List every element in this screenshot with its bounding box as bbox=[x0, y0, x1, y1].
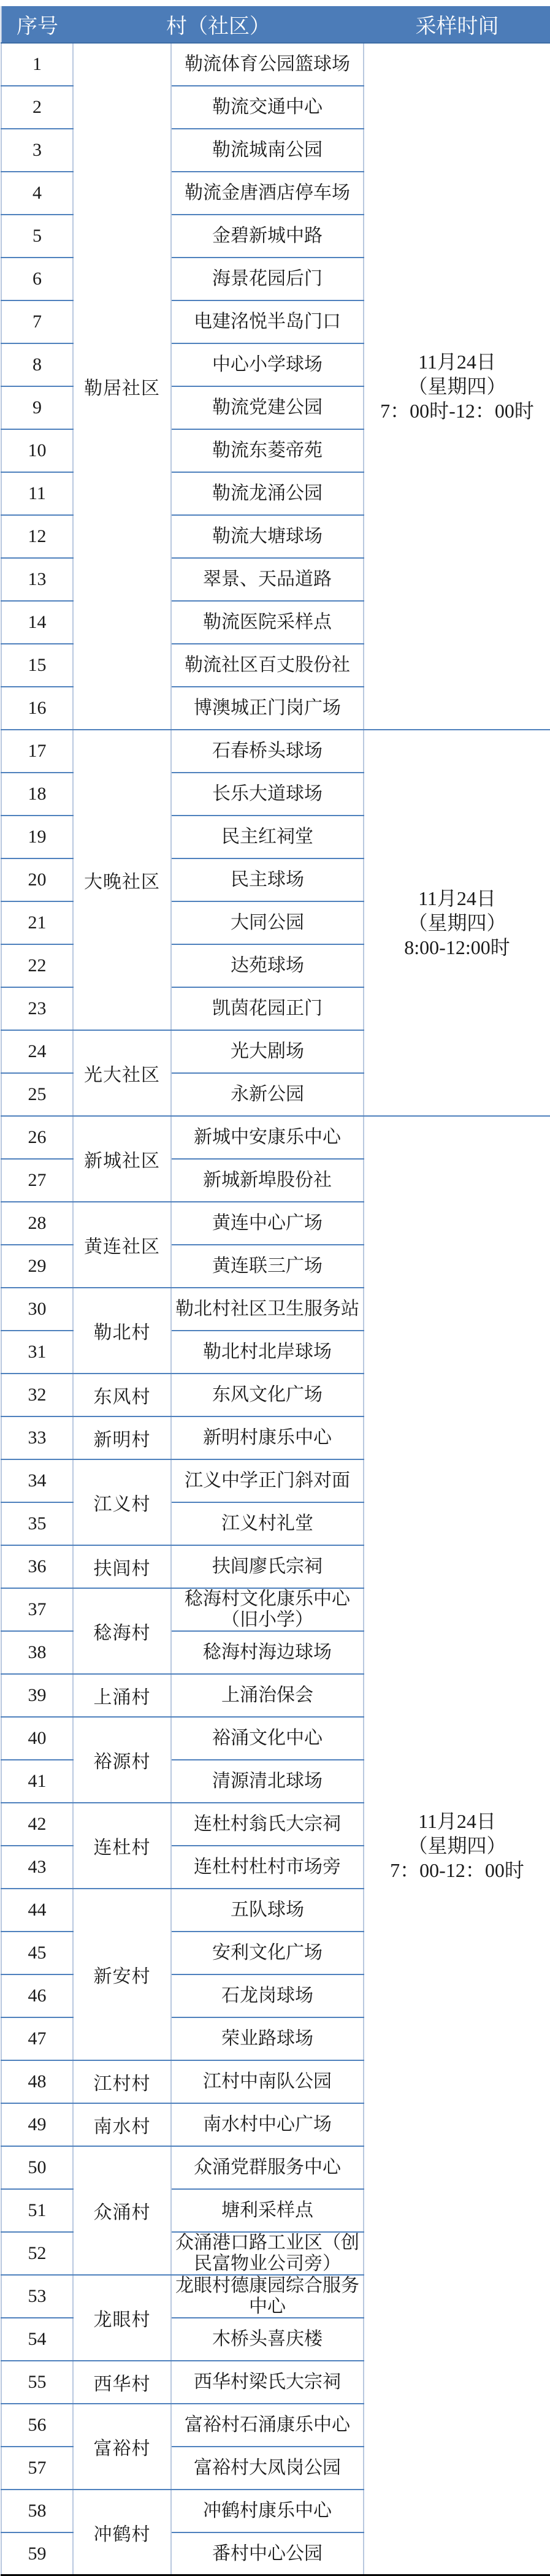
village-cell: 裕源村 bbox=[73, 1717, 171, 1803]
row-number-cell: 31 bbox=[1, 1331, 73, 1374]
village-cell: 黄连社区 bbox=[73, 1202, 171, 1288]
village-cell: 富裕村 bbox=[73, 2404, 171, 2490]
site-cell: 海景花园后门 bbox=[171, 258, 364, 300]
site-cell: 连杜村杜村市场旁 bbox=[171, 1846, 364, 1889]
site-cell: 石春桥头球场 bbox=[171, 730, 364, 773]
village-cell: 江村村 bbox=[73, 2060, 171, 2103]
site-cell: 黄连中心广场 bbox=[171, 1202, 364, 1245]
site-cell: 稔海村海边球场 bbox=[171, 1631, 364, 1674]
site-cell: 江义村礼堂 bbox=[171, 1502, 364, 1545]
site-cell: 木桥头喜庆楼 bbox=[171, 2318, 364, 2361]
row-number-cell: 5 bbox=[1, 215, 73, 258]
row-number-cell: 40 bbox=[1, 1717, 73, 1760]
row-number-cell: 38 bbox=[1, 1631, 73, 1674]
row-number-cell: 21 bbox=[1, 901, 73, 944]
row-number-cell: 55 bbox=[1, 2361, 73, 2404]
village-cell: 冲鹤村 bbox=[73, 2490, 171, 2575]
village-cell: 龙眼村 bbox=[73, 2275, 171, 2361]
table-header-row: 序号 村（社区） 采样时间 bbox=[1, 6, 550, 43]
row-number-cell: 43 bbox=[1, 1846, 73, 1889]
row-number-cell: 59 bbox=[1, 2532, 73, 2575]
site-cell: 番村中心公园 bbox=[171, 2532, 364, 2575]
time-cell: 11月24日 （星期四） 7：00-12：00时 bbox=[364, 1116, 550, 2575]
row-number-cell: 9 bbox=[1, 386, 73, 429]
row-number-cell: 22 bbox=[1, 944, 73, 987]
site-cell: 东风文化广场 bbox=[171, 1374, 364, 1416]
site-cell: 勒北村社区卫生服务站 bbox=[171, 1288, 364, 1331]
site-cell: 勒流龙涌公园 bbox=[171, 472, 364, 515]
row-number-cell: 49 bbox=[1, 2103, 73, 2146]
row-number-cell: 53 bbox=[1, 2275, 73, 2318]
village-cell: 勒居社区 bbox=[73, 43, 171, 730]
row-number-cell: 23 bbox=[1, 987, 73, 1030]
row-number-cell: 4 bbox=[1, 172, 73, 215]
village-cell: 勒北村 bbox=[73, 1288, 171, 1374]
row-number-cell: 51 bbox=[1, 2189, 73, 2232]
row-number-cell: 35 bbox=[1, 1502, 73, 1545]
row-number-cell: 30 bbox=[1, 1288, 73, 1331]
site-cell: 上涌治保会 bbox=[171, 1674, 364, 1717]
site-cell: 五队球场 bbox=[171, 1889, 364, 1932]
site-cell: 长乐大道球场 bbox=[171, 773, 364, 816]
row-number-cell: 39 bbox=[1, 1674, 73, 1717]
site-cell: 大同公园 bbox=[171, 901, 364, 944]
village-cell: 扶闾村 bbox=[73, 1545, 171, 1588]
site-cell: 凯茵花园正门 bbox=[171, 987, 364, 1030]
row-number-cell: 19 bbox=[1, 816, 73, 858]
row-number-cell: 27 bbox=[1, 1159, 73, 1202]
row-number-cell: 42 bbox=[1, 1803, 73, 1846]
row-number-cell: 17 bbox=[1, 730, 73, 773]
site-cell: 勒流医院采样点 bbox=[171, 601, 364, 644]
site-cell: 勒流党建公园 bbox=[171, 386, 364, 429]
row-number-cell: 25 bbox=[1, 1073, 73, 1116]
village-cell: 众涌村 bbox=[73, 2146, 171, 2275]
site-cell: 勒流东菱帝苑 bbox=[171, 429, 364, 472]
village-cell: 新安村 bbox=[73, 1889, 171, 2060]
row-number-cell: 54 bbox=[1, 2318, 73, 2361]
site-cell: 连杜村翁氏大宗祠 bbox=[171, 1803, 364, 1846]
site-cell: 塘利采样点 bbox=[171, 2189, 364, 2232]
row-number-cell: 10 bbox=[1, 429, 73, 472]
site-cell: 众涌港口路工业区（创 民富物业公司旁） bbox=[171, 2232, 364, 2275]
site-cell: 龙眼村德康园综合服务 中心 bbox=[171, 2275, 364, 2318]
village-cell: 新明村 bbox=[73, 1416, 171, 1459]
site-cell: 勒流城南公园 bbox=[171, 129, 364, 172]
site-cell: 荣业路球场 bbox=[171, 2017, 364, 2060]
row-number-cell: 33 bbox=[1, 1416, 73, 1459]
notice-page: 序号 村（社区） 采样时间 1勒居社区勒流体育公园篮球场11月24日 （星期四）… bbox=[0, 0, 550, 2576]
site-cell: 扶闾廖氏宗祠 bbox=[171, 1545, 364, 1588]
village-cell: 西华村 bbox=[73, 2361, 171, 2404]
site-cell: 电建洺悦半岛门口 bbox=[171, 300, 364, 343]
row-number-cell: 45 bbox=[1, 1932, 73, 1974]
header-col-time: 采样时间 bbox=[364, 6, 550, 43]
site-cell: 翠景、天品道路 bbox=[171, 558, 364, 601]
site-cell: 富裕村石涌康乐中心 bbox=[171, 2404, 364, 2447]
row-number-cell: 12 bbox=[1, 515, 73, 558]
site-cell: 安利文化广场 bbox=[171, 1932, 364, 1974]
table-header: 序号 村（社区） 采样时间 bbox=[1, 6, 550, 43]
row-number-cell: 14 bbox=[1, 601, 73, 644]
site-cell: 勒流大塘球场 bbox=[171, 515, 364, 558]
site-cell: 富裕村大凤岗公园 bbox=[171, 2447, 364, 2490]
site-cell: 金碧新城中路 bbox=[171, 215, 364, 258]
row-number-cell: 37 bbox=[1, 1588, 73, 1631]
table-row: 17大晚社区石春桥头球场11月24日 （星期四） 8:00-12:00时 bbox=[1, 730, 550, 773]
site-cell: 勒流交通中心 bbox=[171, 86, 364, 129]
site-cell: 南水村中心广场 bbox=[171, 2103, 364, 2146]
row-number-cell: 58 bbox=[1, 2490, 73, 2532]
site-cell: 裕涌文化中心 bbox=[171, 1717, 364, 1760]
row-number-cell: 18 bbox=[1, 773, 73, 816]
site-cell: 冲鹤村康乐中心 bbox=[171, 2490, 364, 2532]
row-number-cell: 52 bbox=[1, 2232, 73, 2275]
row-number-cell: 6 bbox=[1, 258, 73, 300]
site-cell: 博澳城正门岗广场 bbox=[171, 687, 364, 730]
time-cell: 11月24日 （星期四） 7：00时-12：00时 bbox=[364, 43, 550, 730]
site-cell: 勒北村北岸球场 bbox=[171, 1331, 364, 1374]
village-cell: 上涌村 bbox=[73, 1674, 171, 1717]
row-number-cell: 28 bbox=[1, 1202, 73, 1245]
table-row: 26新城社区新城中安康乐中心11月24日 （星期四） 7：00-12：00时 bbox=[1, 1116, 550, 1159]
row-number-cell: 26 bbox=[1, 1116, 73, 1159]
row-number-cell: 11 bbox=[1, 472, 73, 515]
site-cell: 西华村梁氏大宗祠 bbox=[171, 2361, 364, 2404]
row-number-cell: 2 bbox=[1, 86, 73, 129]
row-number-cell: 13 bbox=[1, 558, 73, 601]
village-cell: 连杜村 bbox=[73, 1803, 171, 1889]
row-number-cell: 46 bbox=[1, 1974, 73, 2017]
header-col-serial: 序号 bbox=[1, 6, 73, 43]
row-number-cell: 36 bbox=[1, 1545, 73, 1588]
row-number-cell: 20 bbox=[1, 858, 73, 901]
site-cell: 江义中学正门斜对面 bbox=[171, 1459, 364, 1502]
village-cell: 江义村 bbox=[73, 1459, 171, 1545]
site-cell: 新城新埠股份社 bbox=[171, 1159, 364, 1202]
time-cell: 11月24日 （星期四） 8:00-12:00时 bbox=[364, 730, 550, 1116]
site-cell: 石龙岗球场 bbox=[171, 1974, 364, 2017]
row-number-cell: 32 bbox=[1, 1374, 73, 1416]
site-cell: 黄连联三广场 bbox=[171, 1245, 364, 1288]
site-cell: 达苑球场 bbox=[171, 944, 364, 987]
row-number-cell: 56 bbox=[1, 2404, 73, 2447]
site-cell: 勒流社区百丈股份社 bbox=[171, 644, 364, 687]
row-number-cell: 7 bbox=[1, 300, 73, 343]
site-cell: 勒流金唐酒店停车场 bbox=[171, 172, 364, 215]
row-number-cell: 48 bbox=[1, 2060, 73, 2103]
row-number-cell: 41 bbox=[1, 1760, 73, 1803]
village-cell: 大晚社区 bbox=[73, 730, 171, 1030]
site-cell: 勒流体育公园篮球场 bbox=[171, 43, 364, 86]
sampling-table-body: 1勒居社区勒流体育公园篮球场11月24日 （星期四） 7：00时-12：00时2… bbox=[1, 43, 550, 2575]
site-cell: 中心小学球场 bbox=[171, 343, 364, 386]
row-number-cell: 44 bbox=[1, 1889, 73, 1932]
site-cell: 民主球场 bbox=[171, 858, 364, 901]
row-number-cell: 15 bbox=[1, 644, 73, 687]
row-number-cell: 57 bbox=[1, 2447, 73, 2490]
site-cell: 江村中南队公园 bbox=[171, 2060, 364, 2103]
site-cell: 新城中安康乐中心 bbox=[171, 1116, 364, 1159]
row-number-cell: 8 bbox=[1, 343, 73, 386]
row-number-cell: 24 bbox=[1, 1030, 73, 1073]
site-cell: 新明村康乐中心 bbox=[171, 1416, 364, 1459]
row-number-cell: 50 bbox=[1, 2146, 73, 2189]
row-number-cell: 34 bbox=[1, 1459, 73, 1502]
row-number-cell: 3 bbox=[1, 129, 73, 172]
site-cell: 众涌党群服务中心 bbox=[171, 2146, 364, 2189]
village-cell: 新城社区 bbox=[73, 1116, 171, 1202]
site-cell: 清源清北球场 bbox=[171, 1760, 364, 1803]
site-cell: 民主红祠堂 bbox=[171, 816, 364, 858]
row-number-cell: 16 bbox=[1, 687, 73, 730]
row-number-cell: 29 bbox=[1, 1245, 73, 1288]
village-cell: 南水村 bbox=[73, 2103, 171, 2146]
site-cell: 光大剧场 bbox=[171, 1030, 364, 1073]
row-number-cell: 47 bbox=[1, 2017, 73, 2060]
header-col-village: 村（社区） bbox=[73, 6, 364, 43]
sampling-points-table: 序号 村（社区） 采样时间 1勒居社区勒流体育公园篮球场11月24日 （星期四）… bbox=[1, 6, 550, 2576]
table-row: 1勒居社区勒流体育公园篮球场11月24日 （星期四） 7：00时-12：00时 bbox=[1, 43, 550, 86]
village-cell: 光大社区 bbox=[73, 1030, 171, 1116]
site-cell: 稔海村文化康乐中心 （旧小学） bbox=[171, 1588, 364, 1631]
village-cell: 东风村 bbox=[73, 1374, 171, 1416]
row-number-cell: 1 bbox=[1, 43, 73, 86]
village-cell: 稔海村 bbox=[73, 1588, 171, 1674]
site-cell: 永新公园 bbox=[171, 1073, 364, 1116]
